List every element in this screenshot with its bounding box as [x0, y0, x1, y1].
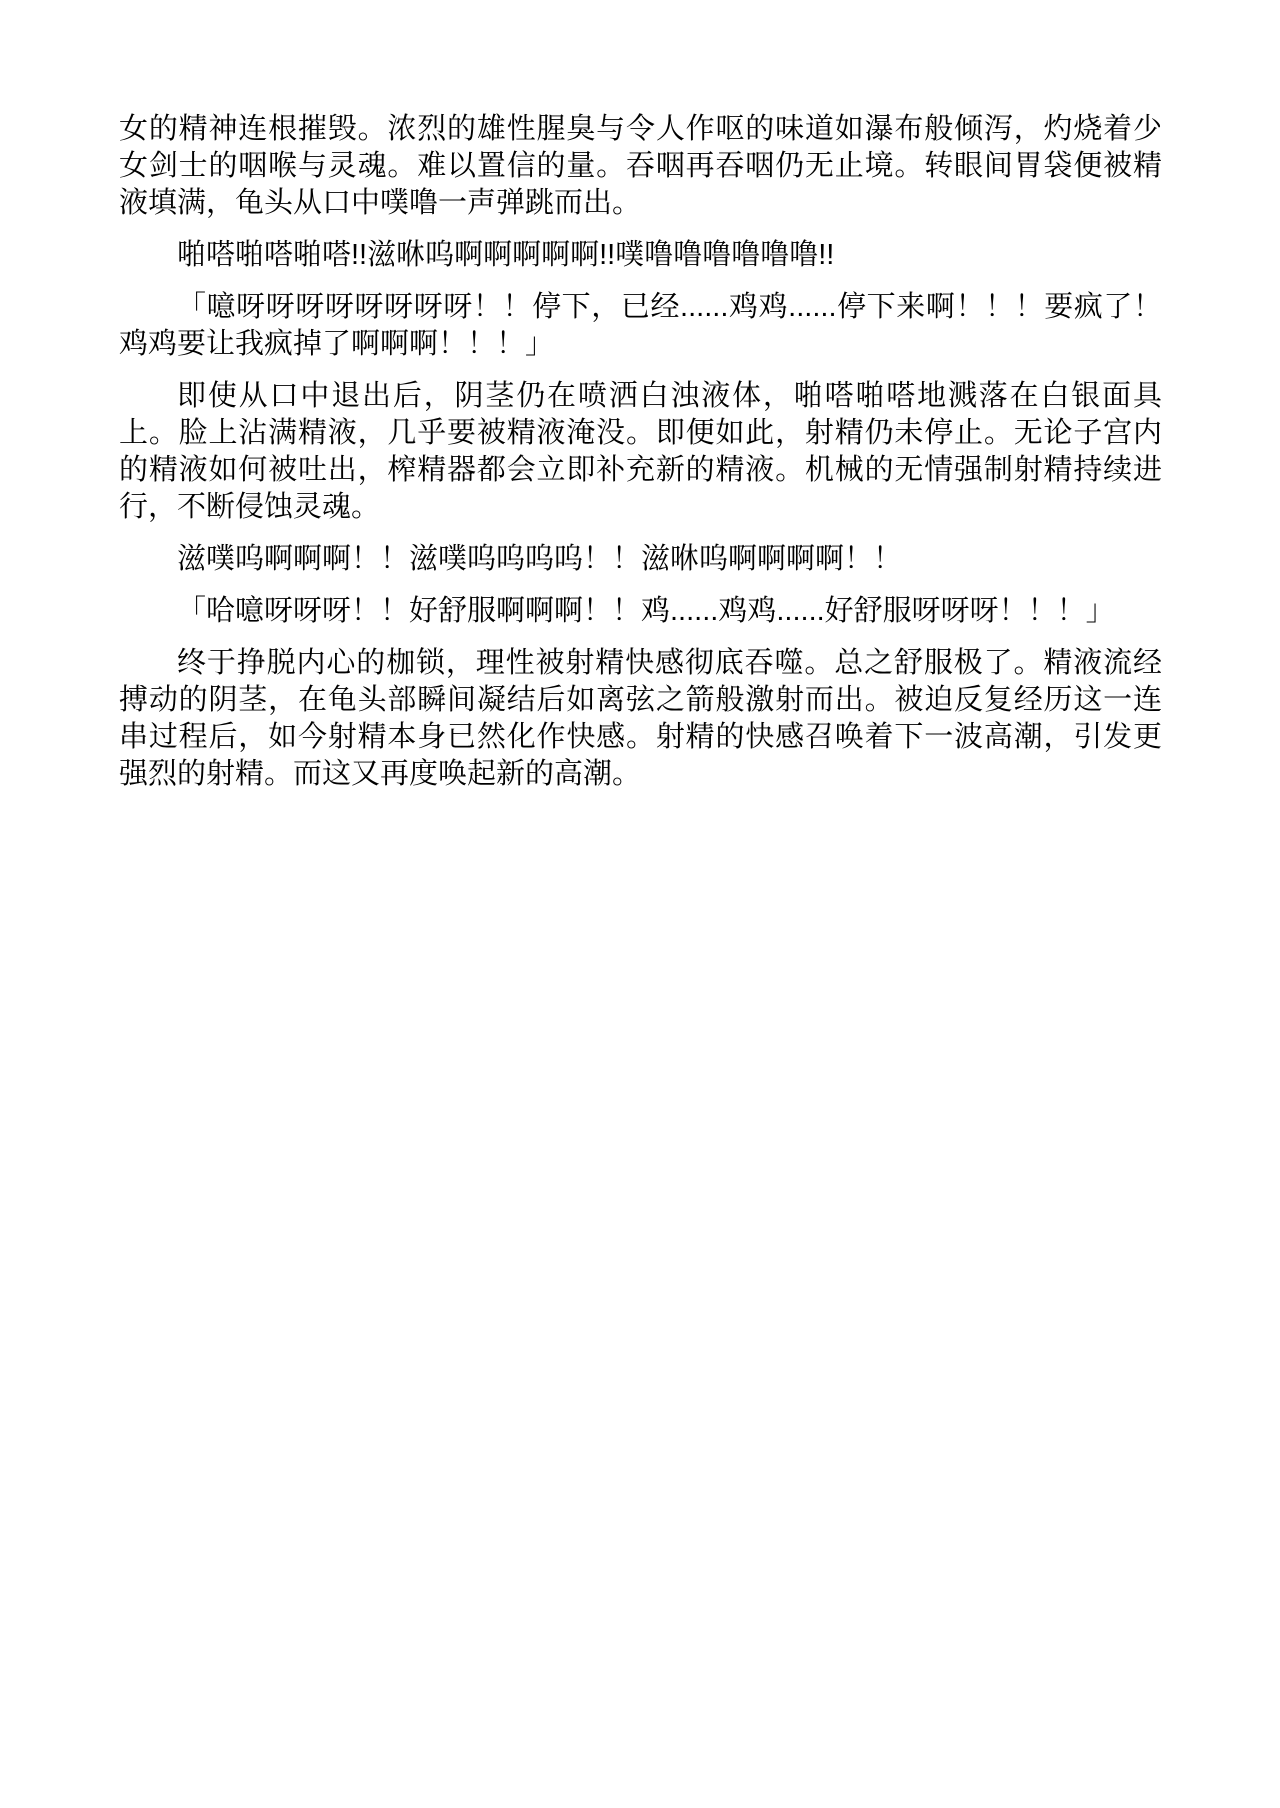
paragraph-dialogue: 「噫呀呀呀呀呀呀呀呀！！停下，已经......鸡鸡......停下来啊！！！要疯…: [119, 289, 1162, 363]
document-page: 女的精神连根摧毁。浓烈的雄性腥臭与令人作呕的味道如瀑布般倾泻，灼烧着少女剑士的咽…: [0, 0, 1280, 1808]
paragraph-dialogue: 「哈噫呀呀呀！！好舒服啊啊啊！！鸡......鸡鸡......好舒服呀呀呀！！！…: [119, 593, 1162, 630]
paragraph-sfx: 啪嗒啪嗒啪嗒!!滋咻呜啊啊啊啊啊!!噗噜噜噜噜噜噜!!: [119, 237, 1162, 274]
paragraph: 即使从口中退出后，阴茎仍在喷洒白浊液体，啪嗒啪嗒地溅落在白银面具上。脸上沾满精液…: [119, 378, 1162, 526]
paragraph-sfx: 滋噗呜啊啊啊！！滋噗呜呜呜呜！！滋咻呜啊啊啊啊！！: [119, 541, 1162, 578]
paragraph: 终于挣脱内心的枷锁，理性被射精快感彻底吞噬。总之舒服极了。精液流经搏动的阴茎，在…: [119, 645, 1162, 793]
paragraph: 女的精神连根摧毁。浓烈的雄性腥臭与令人作呕的味道如瀑布般倾泻，灼烧着少女剑士的咽…: [119, 111, 1162, 222]
